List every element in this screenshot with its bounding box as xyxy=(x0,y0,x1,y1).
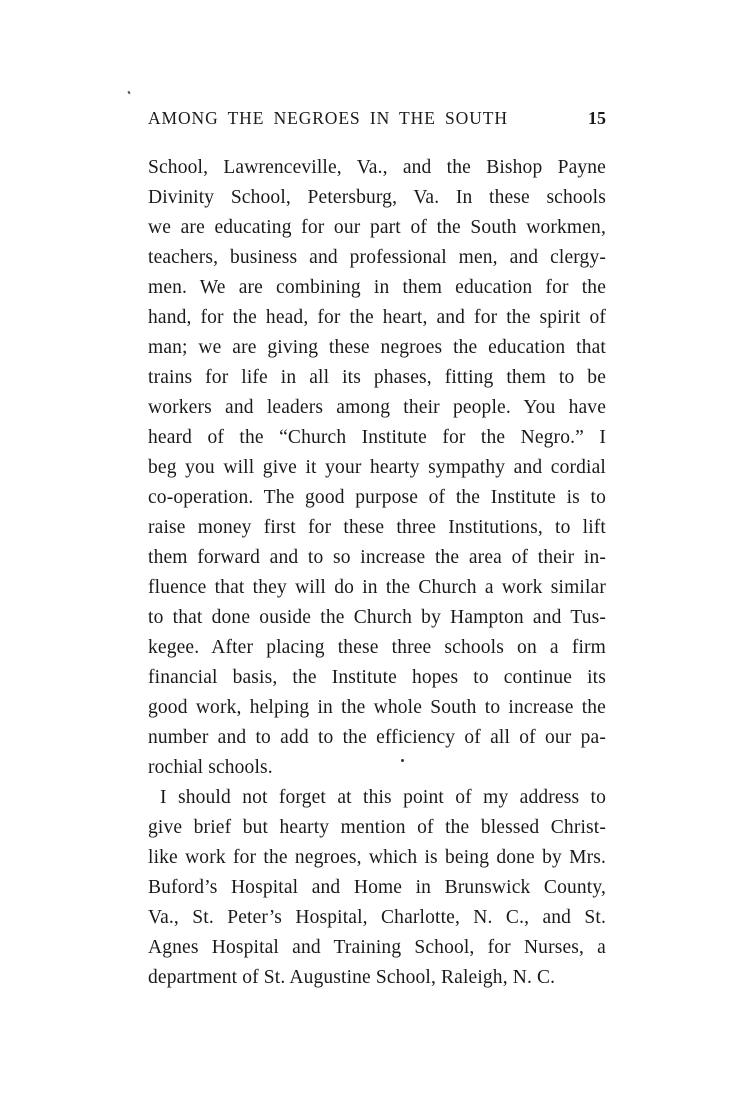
scan-speck-mark xyxy=(127,91,130,95)
text-line: heard of the “Church Institute for the N… xyxy=(148,423,606,453)
text-line: Va., St. Peter’s Hospital, Charlotte, N.… xyxy=(148,903,606,933)
text-line: trains for life in all its phases, fitti… xyxy=(148,363,606,393)
text-line: School, Lawrenceville, Va., and the Bish… xyxy=(148,153,606,183)
text-line: number and to add to the efficiency of a… xyxy=(148,723,606,753)
paragraph-1: School, Lawrenceville, Va., and the Bish… xyxy=(148,153,606,783)
text-line: Buford’s Hospital and Home in Brunswick … xyxy=(148,873,606,903)
running-head-title: AMONG THE NEGROES IN THE SOUTH xyxy=(148,108,508,129)
text-line: Agnes Hospital and Training School, for … xyxy=(148,933,606,963)
text-line: men. We are combining in them education … xyxy=(148,273,606,303)
page-number: 15 xyxy=(588,108,606,129)
scan-dot-mark xyxy=(401,759,404,762)
body-text: School, Lawrenceville, Va., and the Bish… xyxy=(148,153,606,993)
book-page: AMONG THE NEGROES IN THE SOUTH 15 School… xyxy=(0,0,732,1104)
text-line: co-operation. The good purpose of the In… xyxy=(148,483,606,513)
text-line: good work, helping in the whole South to… xyxy=(148,693,606,723)
text-line: department of St. Augustine School, Rale… xyxy=(148,963,606,993)
text-line: raise money first for these three Instit… xyxy=(148,513,606,543)
text-line: kegee. After placing these three schools… xyxy=(148,633,606,663)
text-line: we are educating for our part of the Sou… xyxy=(148,213,606,243)
text-line: like work for the negroes, which is bein… xyxy=(148,843,606,873)
text-line: workers and leaders among their people. … xyxy=(148,393,606,423)
text-line: man; we are giving these negroes the edu… xyxy=(148,333,606,363)
text-line: beg you will give it your hearty sympath… xyxy=(148,453,606,483)
text-line: fluence that they will do in the Church … xyxy=(148,573,606,603)
text-line: to that done ouside the Church by Hampto… xyxy=(148,603,606,633)
text-line: rochial schools. xyxy=(148,753,606,783)
text-line: them forward and to so increase the area… xyxy=(148,543,606,573)
text-line: Divinity School, Petersburg, Va. In thes… xyxy=(148,183,606,213)
text-line: I should not forget at this point of my … xyxy=(148,783,606,813)
text-line: financial basis, the Institute hopes to … xyxy=(148,663,606,693)
text-line: teachers, business and professional men,… xyxy=(148,243,606,273)
text-line: hand, for the head, for the heart, and f… xyxy=(148,303,606,333)
text-line: give brief but hearty mention of the ble… xyxy=(148,813,606,843)
paragraph-2: I should not forget at this point of my … xyxy=(148,783,606,993)
running-head: AMONG THE NEGROES IN THE SOUTH 15 xyxy=(148,108,606,134)
